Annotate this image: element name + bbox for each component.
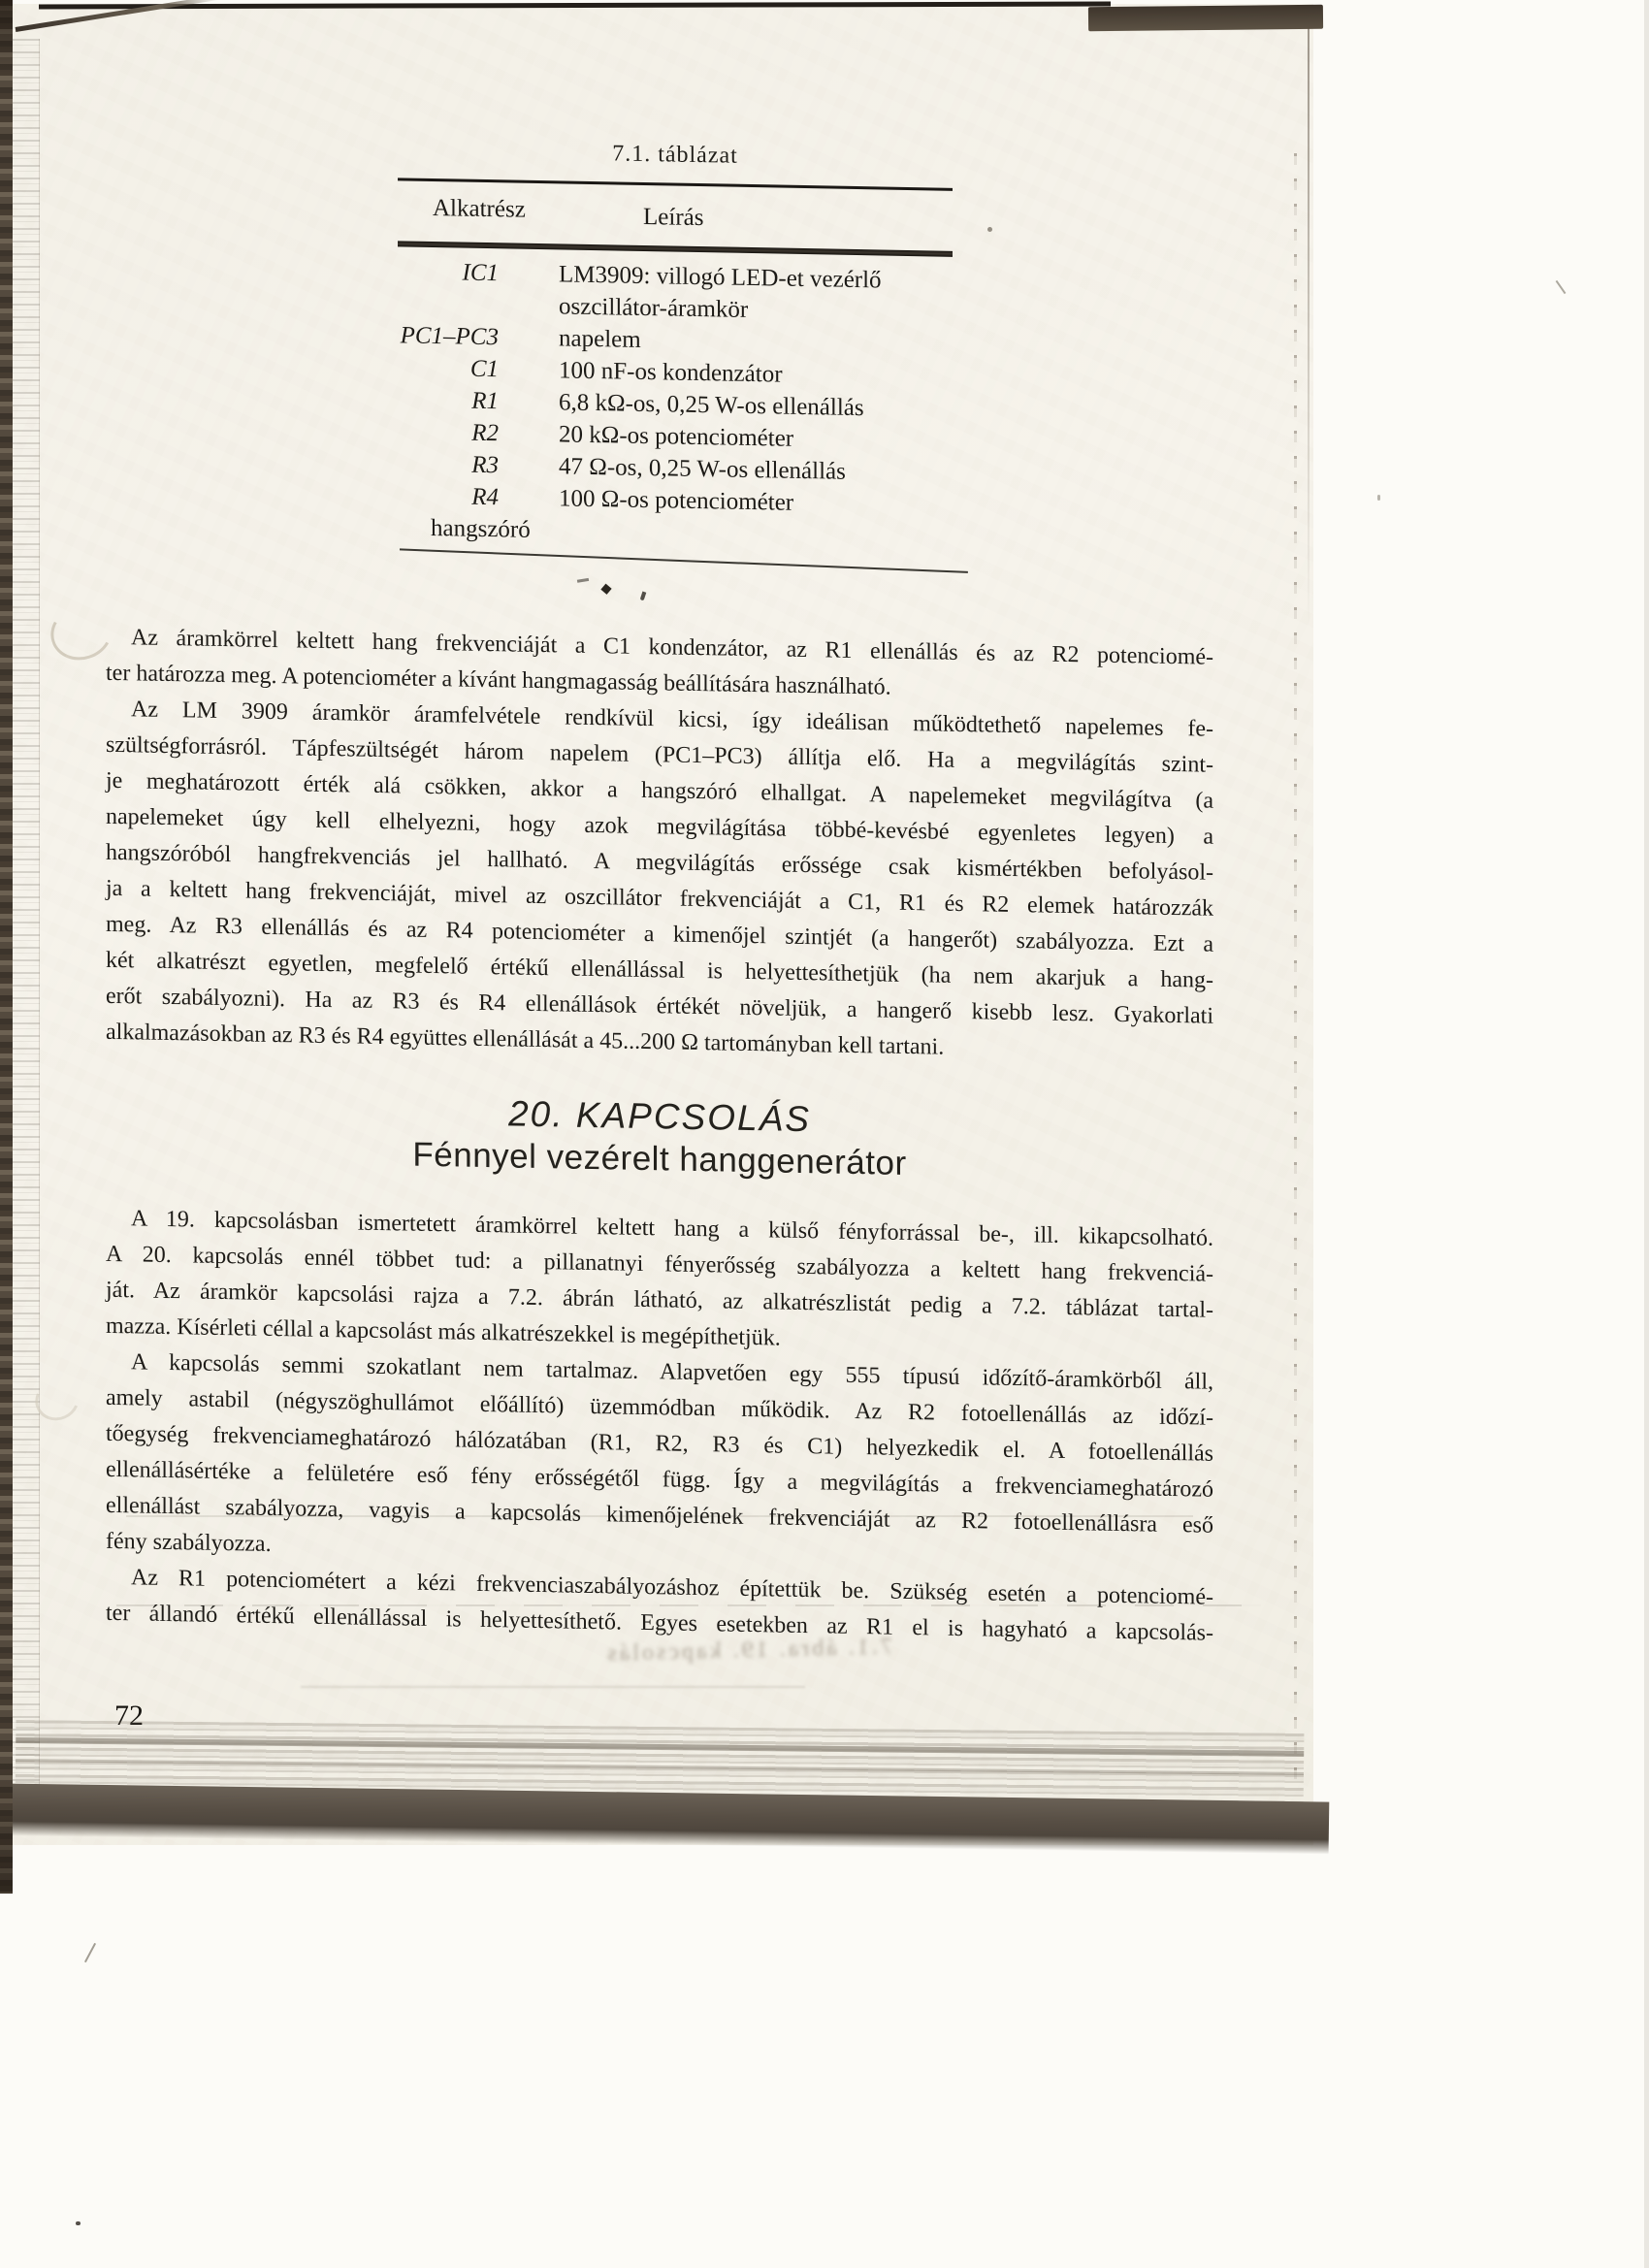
table-body: IC1LM3909: villogó LED-et vezérlőoszcill… (398, 246, 953, 553)
page-content: 7.1. táblázat Alkatrész Leírás IC1LM3909… (10, 4, 1313, 1869)
body-text-upper: Az áramkörrel keltett hang frekvenciáját… (106, 620, 1213, 1071)
binding-strip (0, 0, 13, 1894)
ink-speck (1377, 495, 1380, 501)
part-cell: R2 (398, 415, 499, 449)
table-row: IC1LM3909: villogó LED-et vezérlőoszcill… (398, 255, 953, 329)
ink-speck (1556, 280, 1567, 294)
column-header-part: Alkatrész (433, 195, 526, 224)
page-sheet: 7.1. táblázat Alkatrész Leírás IC1LM3909… (10, 4, 1313, 1845)
part-cell: R3 (398, 447, 499, 481)
section-heading: 20. KAPCSOLÁS Fénnyel vezérelt hanggener… (106, 1086, 1213, 1192)
scan-right-edge (1644, 0, 1649, 2268)
part-cell: C1 (398, 351, 499, 385)
table-caption: 7.1. táblázat (398, 137, 953, 176)
body-text-lower: A 19. kapcsolásban ismertetett áramkörre… (106, 1201, 1213, 1652)
scanned-book-page: 7.1. táblázat Alkatrész Leírás IC1LM3909… (0, 0, 1649, 2268)
table-header-row: Alkatrész Leírás (398, 180, 953, 250)
ink-speck (76, 2221, 81, 2225)
ink-speck (84, 1943, 96, 1962)
paragraph: A 19. kapcsolásban ismertetett áramkörre… (106, 1201, 1213, 1365)
ink-marks (577, 569, 664, 606)
part-cell: R1 (398, 383, 499, 417)
parts-table: 7.1. táblázat Alkatrész Leírás IC1LM3909… (398, 137, 953, 560)
paragraph: A kapcsolás semmi szokatlant nem tartalm… (106, 1345, 1213, 1580)
description-cell: LM3909: villogó LED-et vezérlőoszcilláto… (499, 257, 953, 330)
part-cell: IC1 (398, 255, 499, 321)
paragraph: Az LM 3909 áramkör áramfelvétele rendkív… (106, 692, 1213, 1071)
column-header-description: Leírás (643, 204, 703, 232)
part-cell: PC1–PC3 (398, 319, 499, 353)
part-cell: R4 (398, 479, 499, 513)
